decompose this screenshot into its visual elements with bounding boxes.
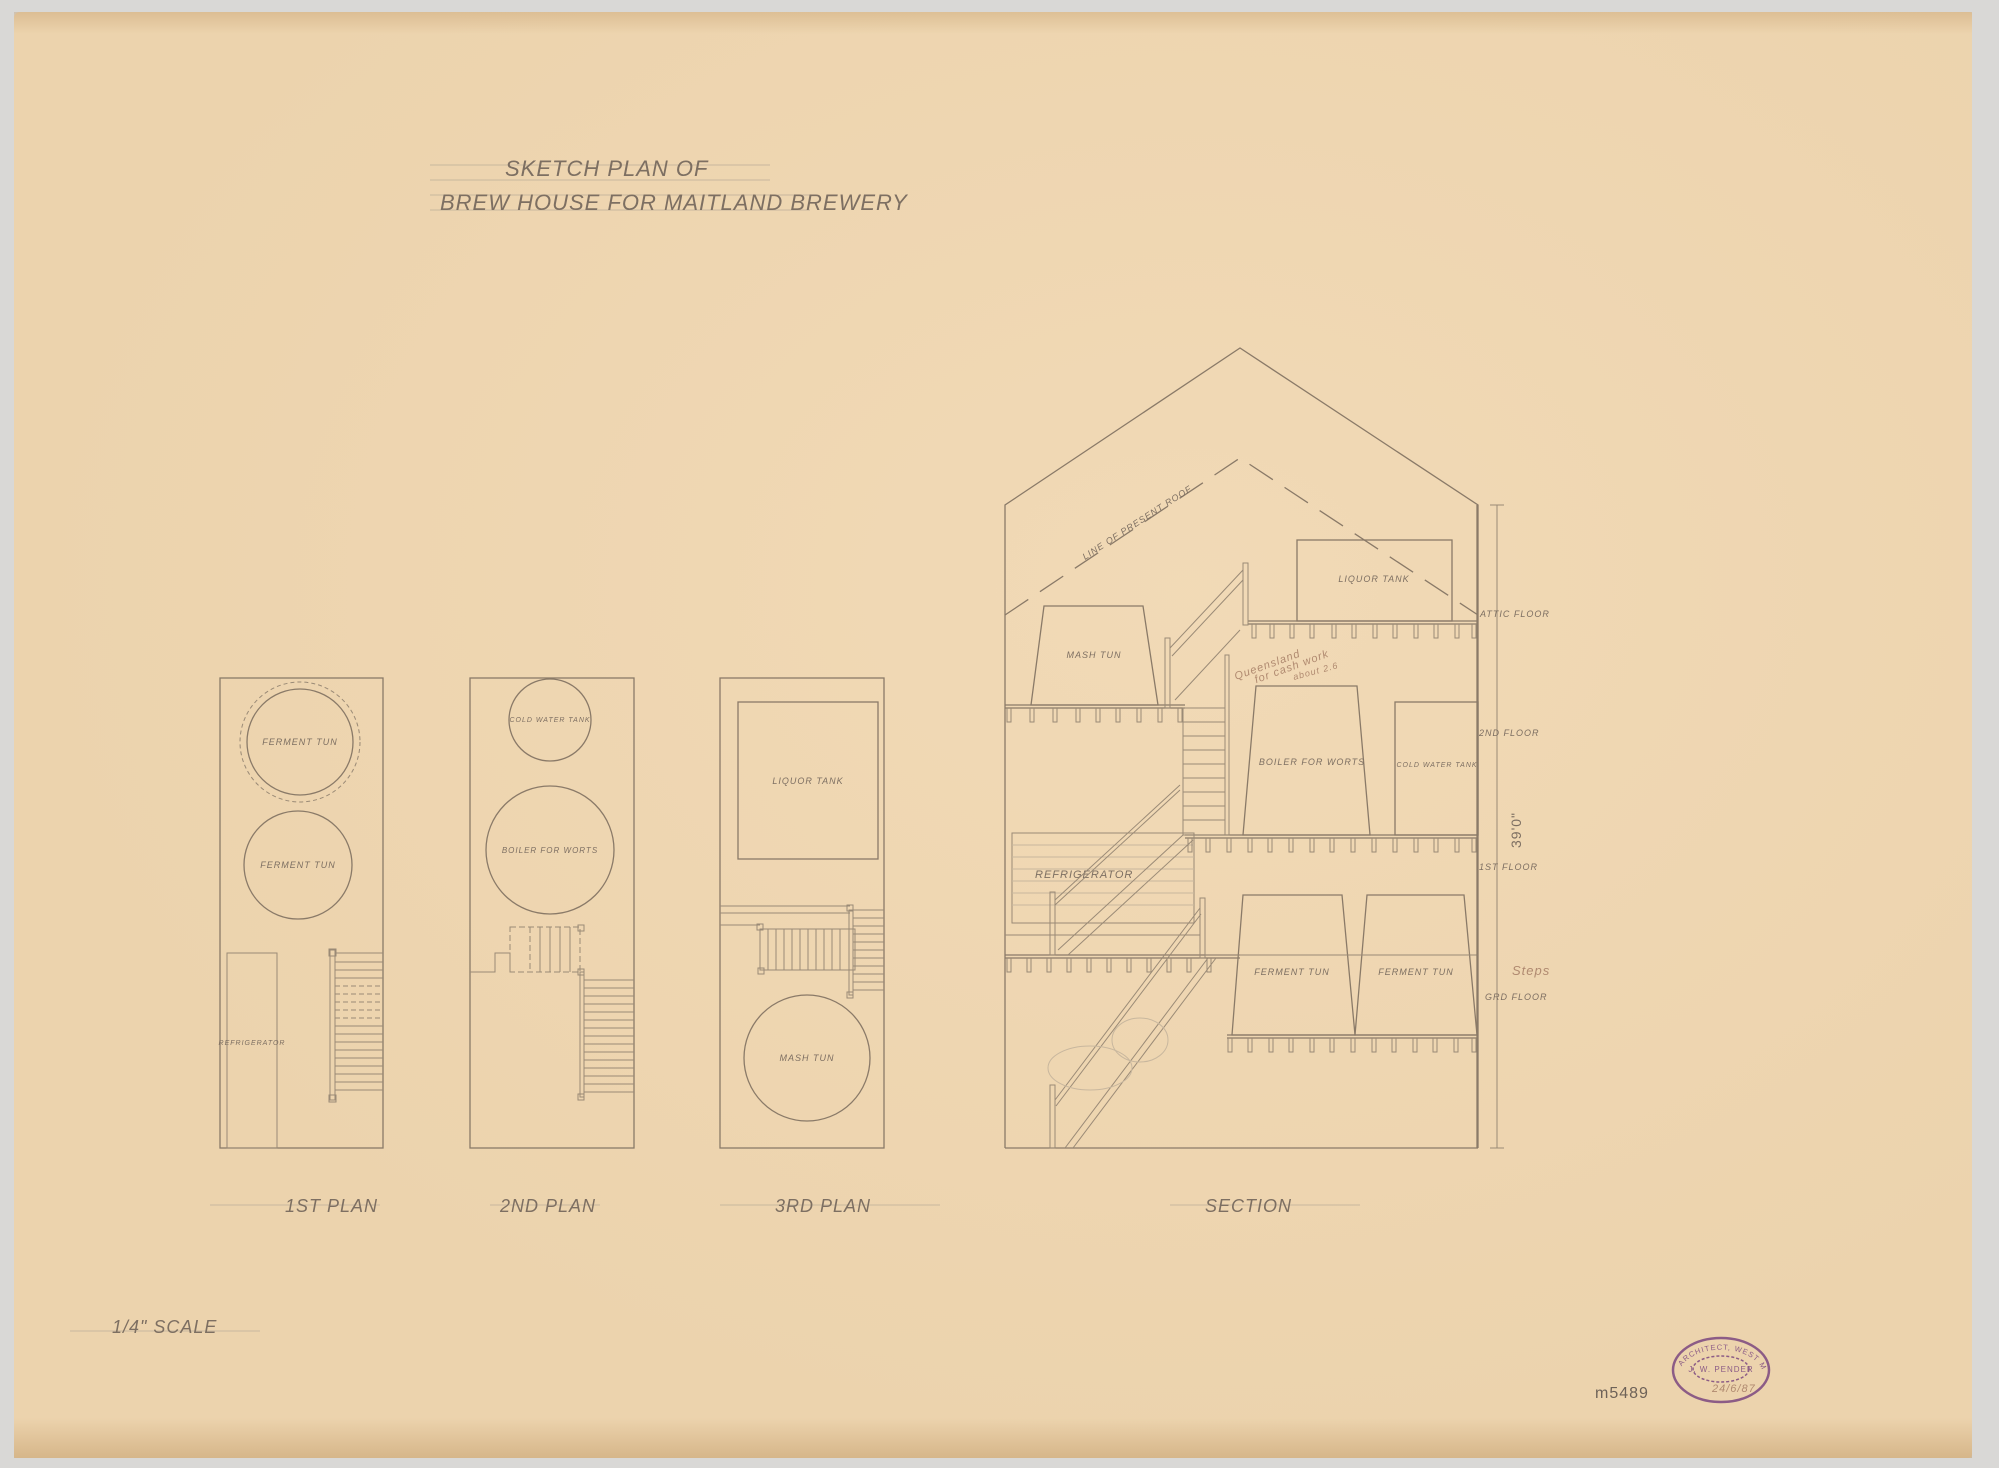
section-refrigerator-label: REFRIGERATOR xyxy=(1035,869,1133,881)
second-plan: COLD WATER TANK BOILER FOR WORTS xyxy=(470,678,634,1216)
stamp-date: 24/6/87 xyxy=(1711,1383,1756,1395)
pencil-annotation: Queensland for cash work about 2.6 xyxy=(1233,648,1340,686)
plan2-boiler-label: BOILER FOR WORTS xyxy=(502,846,598,855)
section-liquor-tank-label: LIQUOR TANK xyxy=(1338,574,1409,584)
section-stair-upper xyxy=(1165,563,1248,835)
section-ferment-tun-1-label: FERMENT TUN xyxy=(1254,967,1330,977)
plan2-cold-water-tank-label: COLD WATER TANK xyxy=(509,717,590,724)
section-mash-tun-label: MASH TUN xyxy=(1067,650,1122,660)
floor-label-first: 1ST FLOOR xyxy=(1479,862,1538,872)
title-line-2: BREW HOUSE FOR MAITLAND BREWERY xyxy=(440,190,908,215)
title-block: SKETCH PLAN OF BREW HOUSE FOR MAITLAND B… xyxy=(430,156,908,215)
plan2-staircase xyxy=(470,925,634,1100)
section-caption: SECTION xyxy=(1205,1196,1292,1216)
catalog-number: m5489 xyxy=(1595,1385,1649,1402)
plan1-ferment-tun-2-label: FERMENT TUN xyxy=(260,860,336,870)
section-cold-water-tank-label: COLD WATER TANK xyxy=(1396,762,1477,769)
section-ferment-tun-2-label: FERMENT TUN xyxy=(1378,967,1454,977)
title-line-1: SKETCH PLAN OF xyxy=(505,156,709,181)
third-plan: LIQUOR TANK xyxy=(720,678,940,1216)
floor-label-second: 2ND FLOOR xyxy=(1478,728,1540,738)
first-plan: FERMENT TUN FERMENT TUN REFRIGERATOR xyxy=(210,678,383,1216)
architectural-drawing: SKETCH PLAN OF BREW HOUSE FOR MAITLAND B… xyxy=(0,0,1999,1468)
plan3-caption: 3RD PLAN xyxy=(775,1196,871,1216)
plan1-caption: 1ST PLAN xyxy=(285,1196,378,1216)
scale-label: 1/4" SCALE xyxy=(112,1317,217,1337)
height-dimension: 39'0" xyxy=(1508,812,1524,848)
floor-label-ground: GRD FLOOR xyxy=(1485,992,1548,1002)
plan3-mash-tun-label: MASH TUN xyxy=(780,1053,835,1063)
plan1-refrigerator-label: REFRIGERATOR xyxy=(219,1040,286,1047)
section-boiler-label: BOILER FOR WORTS xyxy=(1259,757,1365,767)
section-drawing: LINE OF PRESENT ROOF LIQUOR TANK MASH TU… xyxy=(1005,348,1550,1216)
plan1-ferment-tun-1-label: FERMENT TUN xyxy=(262,737,338,747)
plan2-caption: 2ND PLAN xyxy=(499,1196,596,1216)
plan3-staircase xyxy=(720,905,884,998)
steps-note: Steps xyxy=(1512,963,1550,978)
plan1-staircase xyxy=(329,949,383,1102)
floor-label-attic: ATTIC FLOOR xyxy=(1479,609,1550,619)
present-roof-label: LINE OF PRESENT ROOF xyxy=(1081,483,1194,561)
plan3-liquor-tank-label: LIQUOR TANK xyxy=(772,776,843,786)
stamp-name: J. W. PENDER xyxy=(1688,1365,1753,1374)
